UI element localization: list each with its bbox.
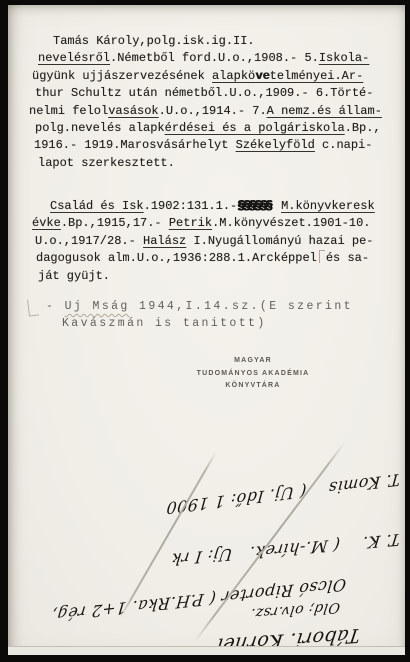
handwritten-line: T. K. ( M.-hírek. Uj: I rk (170, 530, 401, 569)
typed-text: érdései és a polgáriskola (165, 121, 345, 135)
typed-text: évke (32, 216, 61, 230)
typed-text: telményei.Ar- (270, 69, 364, 83)
typed-line: U.o.,1917/28.- Halász I.Nyugállományú ha… (8, 233, 405, 250)
typed-line: Kavászmán is tanitott) (8, 315, 405, 332)
typed-text (274, 199, 281, 213)
typed-line: évke.Bp.,1915,17.- Petrik.M.könyvészet.1… (8, 215, 405, 232)
typed-text: .Németből ford.U.o.,1908.- 5. (110, 51, 319, 65)
typed-line: dagogusok alm.U.o.,1936:288.1.Arcképpelé… (8, 250, 405, 267)
typed-text: - (46, 300, 65, 313)
typed-text: .1902:131.1.- (144, 199, 238, 213)
typed-entry-main: Tamás Károly,polg.isk.ig.II.nevelésről.N… (8, 33, 405, 172)
typed-text: I.Nyugállományú hazai pe- (186, 234, 373, 248)
typed-line: polg.nevelés alapkérdései és a polgárisk… (8, 120, 405, 137)
typed-line: - Uj Mság 1944,I.14.sz.(E szerint (8, 298, 405, 315)
typed-text: Petrik (169, 216, 212, 230)
typed-line: nelmi felolvasások.U.o.,1914.- 7.A nemz.… (8, 103, 405, 120)
typed-text: Kavászmán is tanitott) (62, 317, 267, 330)
card-bottom-edge (8, 646, 405, 655)
typed-text: 1944,I.14.sz.(E szerint (130, 300, 353, 313)
typed-text: c.napi- (315, 138, 373, 152)
typed-text: nevelésről (38, 51, 110, 65)
typed-text: Halász (143, 234, 186, 248)
typed-text: ügyünk ujjászervezésének (32, 69, 212, 83)
typed-text: Székelyföld (236, 138, 315, 152)
typed-text: A nemz.és állam- (267, 104, 382, 118)
stamp-line-3: KÖNYVTÁRA (161, 380, 345, 393)
typed-text: .Bp.,1915,17.- (61, 216, 169, 230)
typed-line: nevelésről.Németből ford.U.o.,1908.- 5.I… (8, 50, 405, 67)
typed-text: dagogusok alm.U.o.,1936:288.1.Arcképpel (36, 251, 317, 265)
handwritten-notes: Tábori. KornélOld; olv.rsz.Olcsó Riporte… (30, 441, 402, 649)
typed-text: M.könyvkeresk (281, 199, 375, 213)
typed-entry-references: Család és Isk.1902:131.1.-§§§§§§ M.könyv… (8, 198, 405, 285)
library-stamp: MAGYAR TUDOMÁNYOS AKADÉMIA KÖNYVTÁRA (161, 355, 345, 393)
typed-text: .U.o.,1914.- 7. (159, 104, 267, 118)
typed-text: 1916.- 1919.Marosvásárhelyt (34, 138, 236, 152)
typed-text: Család és Isk (50, 199, 144, 213)
typed-line: Család és Isk.1902:131.1.-§§§§§§ M.könyv… (8, 198, 405, 215)
typed-text: ját gyüjt. (38, 269, 110, 283)
typed-text: U.o.,1917/28.- (35, 234, 143, 248)
typed-line: thur Schultz után németből.U.o.,1909.- 6… (8, 85, 405, 102)
typed-line: ügyünk ujjászervezésének alapkövetelmény… (8, 68, 405, 85)
typed-line: ját gyüjt. (8, 268, 405, 285)
stamp-line-1: MAGYAR (161, 355, 345, 368)
typed-text: Uj Mság (65, 300, 130, 313)
typed-text: Tamás Károly,polg.isk.ig.II. (53, 34, 255, 48)
typed-text: §§§§§§ (237, 199, 274, 213)
typed-text: és sa- (326, 251, 369, 265)
typed-text: .M.könyvészet.1901-10. (212, 216, 370, 230)
typed-text: polg.nevelés alapk (35, 121, 165, 135)
typed-text: ve (255, 69, 269, 83)
typed-line: 1916.- 1919.Marosvásárhelyt Székelyföld … (8, 137, 405, 154)
typed-entry-added-note: - Uj Mság 1944,I.14.sz.(E szerintKavászm… (8, 298, 405, 333)
typed-text: lapot szerkesztett. (38, 156, 175, 170)
insertion-bracket (319, 250, 325, 263)
stamp-line-2: TUDOMÁNYOS AKADÉMIA (161, 368, 345, 381)
catalog-card: Tamás Károly,polg.isk.ig.II.nevelésről.N… (8, 5, 405, 654)
typed-text: Iskola- (319, 51, 369, 65)
typed-text: vasások (108, 104, 158, 118)
typed-text: nelmi felol (29, 104, 108, 118)
typed-text: thur Schultz után németből.U.o.,1909.- 6… (35, 86, 373, 100)
pencil-bracket-mark (27, 298, 39, 316)
typed-text: .Bp., (345, 121, 381, 135)
typed-line: Tamás Károly,polg.isk.ig.II. (8, 33, 405, 50)
typed-text: alapkö (212, 69, 255, 83)
typed-line: lapot szerkesztett. (8, 155, 405, 172)
